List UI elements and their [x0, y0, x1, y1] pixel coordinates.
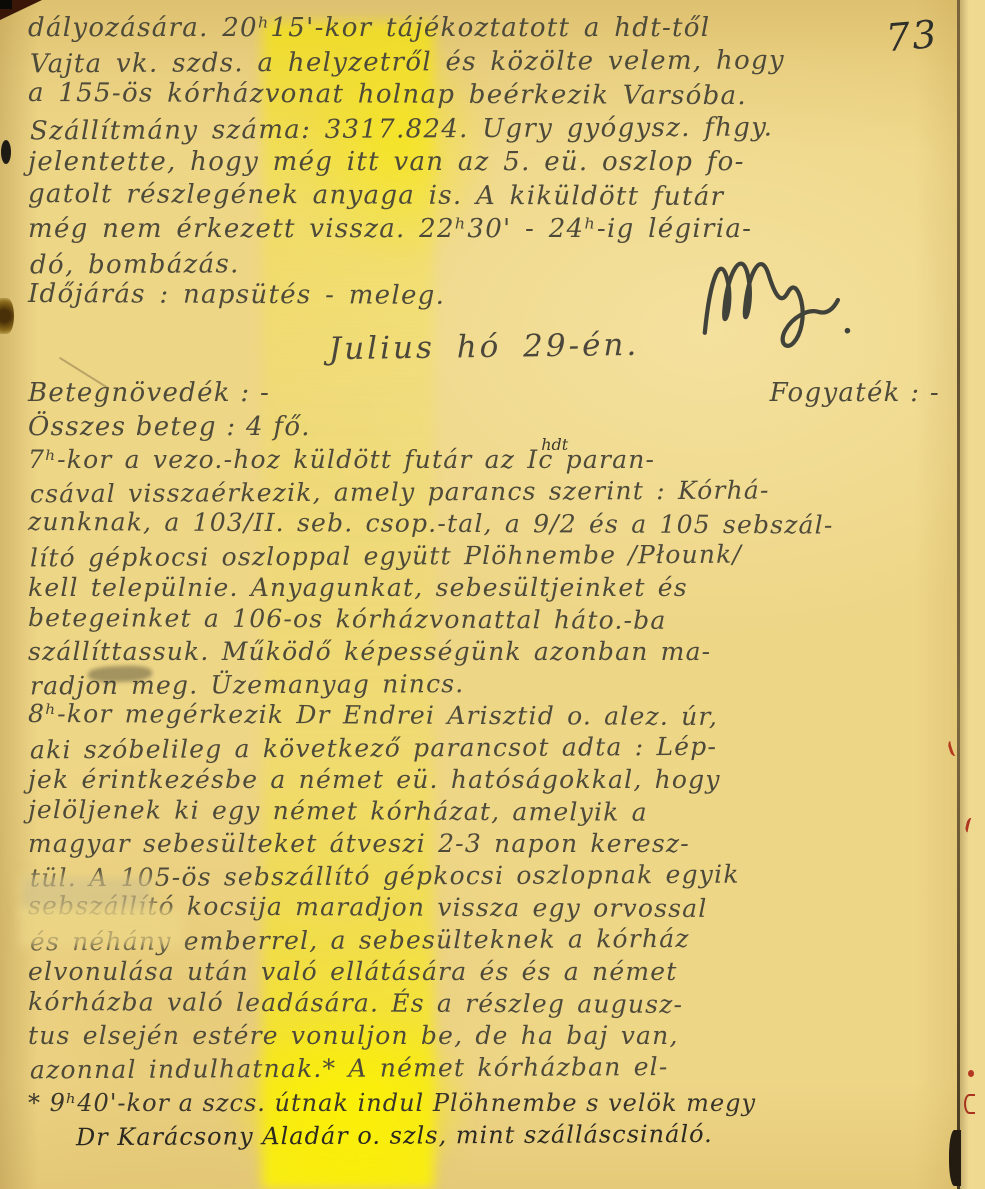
diary-line-with-correction: 7ʰ-kor a vezo.-hoz küldött futár az hdtI… [28, 444, 940, 476]
counts-row: Betegnövedék : - Fogyaték : - [28, 376, 940, 410]
handwritten-content: dályozására. 20ʰ15'-kor tájékoztatott a … [28, 12, 940, 1151]
diary-line: kell települnie. Anyagunkat, sebesültjei… [28, 572, 940, 604]
diary-line: a 155-ös kórházvonat holnap beérkezik Va… [28, 77, 940, 114]
diary-line: Vajta vk. szds. a helyzetről és közölte … [30, 43, 942, 81]
adjacent-page-edge [960, 0, 985, 1189]
binding-seam [957, 0, 960, 1189]
betegnovedek-label: Betegnövedék : - [28, 376, 270, 410]
correction-superscript: hdt [541, 429, 568, 461]
signature-dot [845, 328, 851, 334]
edge-stain-left [0, 298, 14, 334]
red-ink-mark [964, 817, 976, 834]
corrected-word: hdtIc paran- [527, 444, 655, 476]
diary-line: dályozására. 20ʰ15'-kor tájékoztatott a … [28, 12, 940, 46]
footnote-line: Dr Karácsony Aladár o. szls, mint szállá… [76, 1116, 942, 1153]
entry-paragraph: 7ʰ-kor a vezo.-hoz küldött futár az hdtI… [28, 444, 940, 1084]
line-7h-before: 7ʰ-kor a vezo.-hoz küldött futár az [28, 445, 527, 474]
diary-line: 8ʰ-kor megérkezik Dr Endrei Arisztid o. … [28, 698, 940, 734]
diary-line: elvonulása után való ellátására és és a … [28, 956, 940, 988]
diary-line: jelentette, hogy még itt van az 5. eü. o… [28, 146, 940, 180]
red-ink-dot [968, 1070, 974, 1077]
fogyatek-label: Fogyaték : - [770, 376, 940, 410]
footnote-line: * 9ʰ40'-kor a szcs. útnak indul Plöhnemb… [28, 1087, 940, 1119]
diary-line: gatolt részlegének anyaga is. A kiküldöt… [28, 178, 940, 215]
diary-line: tül. A 105-ös sebszállító gépkocsi oszlo… [30, 857, 942, 894]
signature [688, 233, 890, 362]
diary-line: jelöljenek ki egy német kórházat, amelyi… [28, 794, 940, 830]
diary-line: Szállítmány száma: 3317.824. Ugry gyógys… [30, 110, 942, 148]
footnote-block: * 9ʰ40'-kor a szcs. útnak indul Plöhnemb… [28, 1087, 940, 1151]
diary-line: tus elsején estére vonuljon be, de ha ba… [28, 1020, 940, 1052]
scanned-diary-page: 73 dályozására. 20ʰ15'-kor tájékoztatott… [0, 0, 985, 1189]
dark-mark-bottom-right [949, 1130, 961, 1186]
diary-line: kórházba való leadására. És a részleg au… [28, 986, 940, 1022]
corner-shadow [0, 0, 12, 9]
diary-line: aki szóbelileg a következő parancsot adt… [30, 729, 942, 766]
diary-line: radjon meg. Üzemanyag nincs. [30, 665, 942, 702]
diary-line: magyar sebesülteket átveszi 2-3 napon ke… [28, 828, 940, 860]
diary-line: jek érintkezésbe a német eü. hatóságokka… [28, 764, 940, 796]
red-ink-mark [947, 739, 961, 757]
ink-blot-left [1, 140, 11, 164]
diary-line: és néhány emberrel, a sebesülteknek a kó… [30, 921, 942, 958]
red-ink-curl [964, 1094, 975, 1114]
diary-line: betegeinket a 106-os kórházvonattal háto… [28, 602, 940, 638]
diary-line: sebszállító kocsija maradjon vissza egy … [28, 890, 940, 926]
diary-line: csával visszaérkezik, amely parancs szer… [30, 473, 942, 510]
diary-line: azonnal indulhatnak.* A német kórházban … [30, 1049, 942, 1086]
diary-line: zunknak, a 103/II. seb. csop.-tal, a 9/2… [28, 506, 940, 542]
osszes-beteg-line: Összes beteg : 4 fő. [28, 410, 940, 444]
diary-line: szállíttassuk. Működő képességünk azonba… [28, 636, 940, 668]
diary-line: lító gépkocsi oszloppal együtt Plöhnembe… [30, 537, 942, 574]
